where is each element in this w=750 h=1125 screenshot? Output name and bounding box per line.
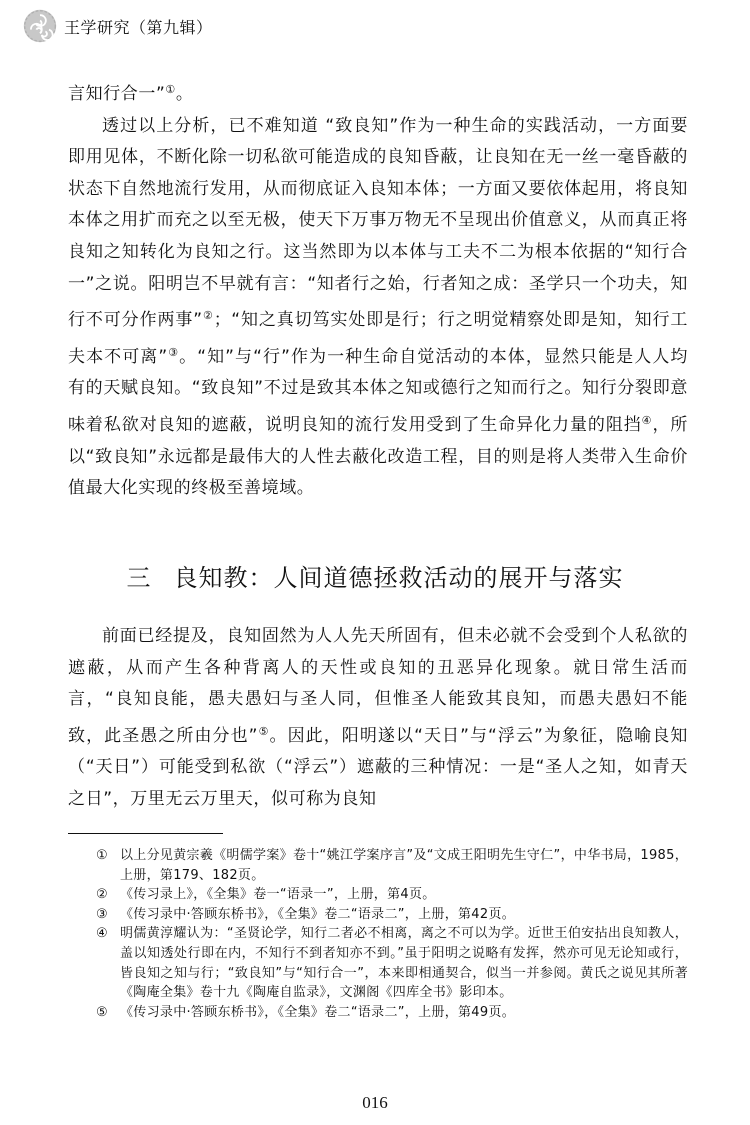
footnote-marker: ① (96, 846, 120, 885)
footnote-marker: ③ (96, 905, 120, 925)
section-number: 三 (127, 564, 152, 592)
cloud-swirl-logo-icon (22, 8, 58, 44)
body-text-bottom: 前面已经提及，良知固然为人人先天所固有，但未必就不会受到个人私欲的遮蔽，从而产生… (68, 621, 688, 816)
footnote-ref[interactable]: ④ (642, 414, 653, 427)
paragraph-text: 透过以上分析，已不难知道 “致良知”作为一种生命的实践活动，一方面要即用见体，不… (68, 116, 688, 331)
footnote-text: 《传习录中·答顾东桥书》，《全集》卷二“语录二”，上册，第49页。 (120, 1003, 688, 1023)
footnote-marker: ④ (96, 924, 120, 1002)
footnote-ref[interactable]: ① (165, 83, 175, 96)
page-number: 016 (0, 1093, 750, 1113)
footnote-text: 《传习录上》，《全集》卷一“语录一”，上册，第4页。 (120, 885, 688, 905)
footnote-ref[interactable]: ② (203, 309, 214, 322)
running-title: 王学研究（第九辑） (64, 15, 213, 38)
footnote-item: ① 以上分见黄宗羲《明儒学案》卷十“姚江学案序言”及“文成王阳明先生守仁”，中华… (96, 846, 688, 885)
footnote-item: ② 《传习录上》，《全集》卷一“语录一”，上册，第4页。 (96, 885, 688, 905)
footnote-item: ③ 《传习录中·答顾东桥书》，《全集》卷二“语录二”，上册，第42页。 (96, 905, 688, 925)
section-heading: 三良知教：人间道德拯救活动的展开与落实 (0, 558, 750, 593)
footnote-text: 明儒黄淳耀认为：“圣贤论学，知行二者必不相离，离之不可以为学。近世王伯安拈出良知… (120, 924, 688, 1002)
paragraph: 言知行合一”①。 (68, 74, 688, 111)
footnote-marker: ② (96, 885, 120, 905)
paragraph-text: 言知行合一” (68, 84, 165, 104)
paragraph: 透过以上分析，已不难知道 “致良知”作为一种生命的实践活动，一方面要即用见体，不… (68, 111, 688, 505)
footnote-ref[interactable]: ③ (168, 346, 179, 359)
footnote-text: 《传习录中·答顾东桥书》，《全集》卷二“语录二”，上册，第42页。 (120, 905, 688, 925)
paragraph-text: 。 (176, 84, 194, 104)
body-text-top: 言知行合一”①。 透过以上分析，已不难知道 “致良知”作为一种生命的实践活动，一… (68, 74, 688, 505)
paragraph: 前面已经提及，良知固然为人人先天所固有，但未必就不会受到个人私欲的遮蔽，从而产生… (68, 621, 688, 816)
running-header: 王学研究（第九辑） (22, 6, 213, 46)
footnote-marker: ⑤ (96, 1003, 120, 1023)
footnote-divider (68, 833, 223, 834)
footnote-text: 以上分见黄宗羲《明儒学案》卷十“姚江学案序言”及“文成王阳明先生守仁”，中华书局… (120, 846, 688, 885)
footnote-ref[interactable]: ⑤ (258, 725, 269, 738)
section-title: 良知教：人间道德拯救活动的展开与落实 (174, 564, 624, 592)
footnote-item: ⑤ 《传习录中·答顾东桥书》，《全集》卷二“语录二”，上册，第49页。 (96, 1003, 688, 1023)
footnotes: ① 以上分见黄宗羲《明儒学案》卷十“姚江学案序言”及“文成王阳明先生守仁”，中华… (96, 846, 688, 1022)
footnote-item: ④ 明儒黄淳耀认为：“圣贤论学，知行二者必不相离，离之不可以为学。近世王伯安拈出… (96, 924, 688, 1002)
